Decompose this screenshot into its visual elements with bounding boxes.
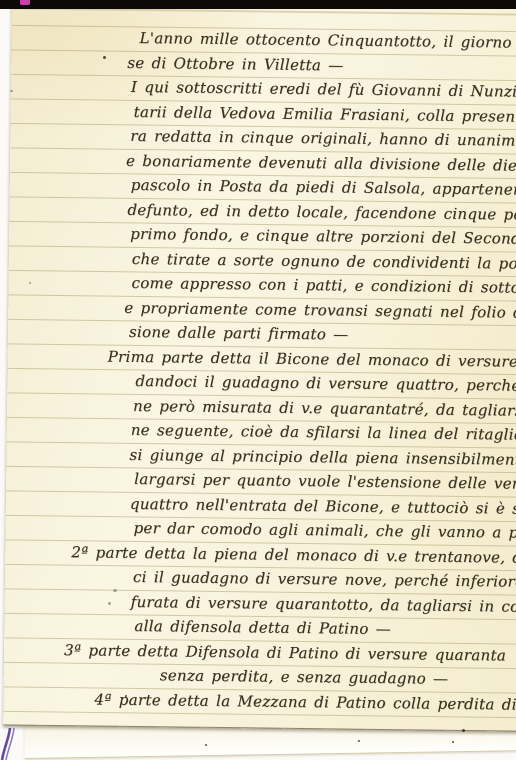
ink-speck <box>10 90 13 92</box>
ink-speck <box>358 740 360 742</box>
ink-speck <box>113 589 117 592</box>
scan-edge-bar <box>0 0 516 9</box>
manuscript-text: L'anno mille ottocento Cinquantotto, il … <box>3 24 516 719</box>
ink-speck <box>205 744 207 746</box>
scan-color-mark <box>20 0 30 5</box>
ink-speck <box>125 695 127 697</box>
ink-speck <box>462 729 465 732</box>
document-page: L'anno mille ottocento Cinquantotto, il … <box>3 0 516 732</box>
ink-speck <box>103 56 106 59</box>
ink-speck <box>108 602 111 605</box>
ink-speck <box>452 741 454 743</box>
scanned-document: L'anno mille ottocento Cinquantotto, il … <box>0 0 516 760</box>
ink-speck <box>29 282 31 284</box>
binding-ribbon-icon <box>0 726 24 760</box>
